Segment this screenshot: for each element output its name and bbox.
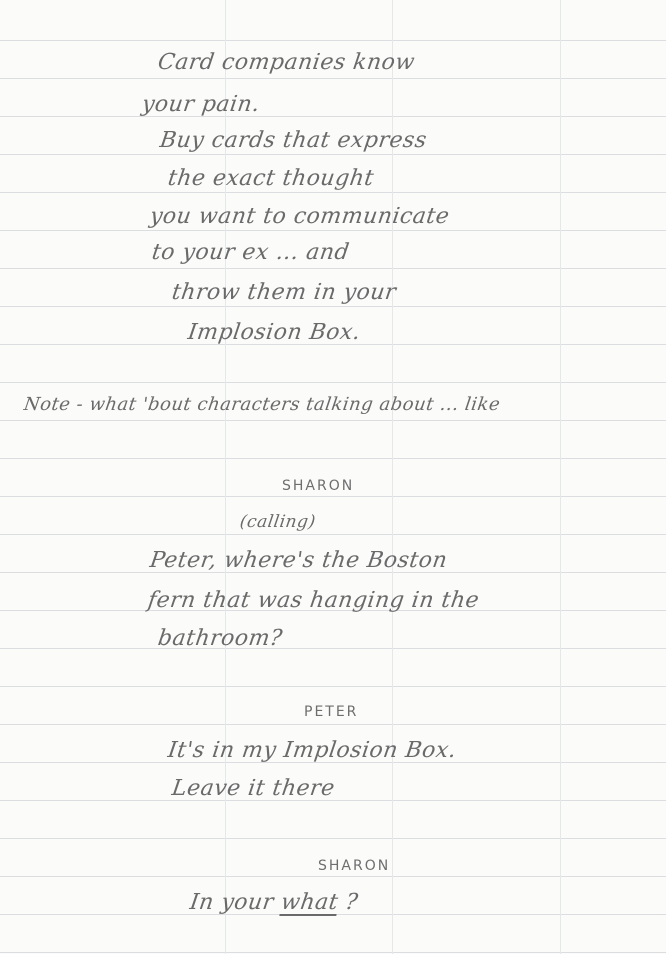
dialogue-line: Peter, where's the Boston [148, 548, 449, 573]
character-name: SHARON [282, 478, 354, 494]
paragraph-line: your pain. [140, 92, 261, 117]
parenthetical: (calling) [239, 512, 317, 532]
dialogue-text: ? [336, 890, 359, 915]
paragraph-line: throw them in your [170, 280, 398, 305]
paragraph-line: Buy cards that express [158, 128, 428, 153]
paragraph-line: Implosion Box. [186, 320, 362, 345]
margin-note: Note - what 'bout characters talking abo… [23, 394, 502, 415]
dialogue-line: fern that was hanging in the [146, 588, 481, 613]
paragraph-line: the exact thought [166, 166, 375, 191]
character-name: SHARON [318, 858, 390, 874]
dialogue-line: Leave it there [170, 776, 336, 801]
dialogue-line: In your what ? [188, 890, 359, 915]
character-name: PETER [304, 704, 358, 720]
paragraph-line: to your ex ... and [150, 240, 351, 265]
paragraph-line: Card companies know [156, 50, 416, 75]
dialogue-text: In your [188, 890, 283, 915]
dialogue-line: It's in my Implosion Box. [166, 738, 458, 763]
grid-line [560, 0, 561, 954]
paragraph-line: you want to communicate [148, 204, 451, 229]
dialogue-line: bathroom? [156, 626, 284, 651]
underlined-word: what [279, 890, 339, 915]
